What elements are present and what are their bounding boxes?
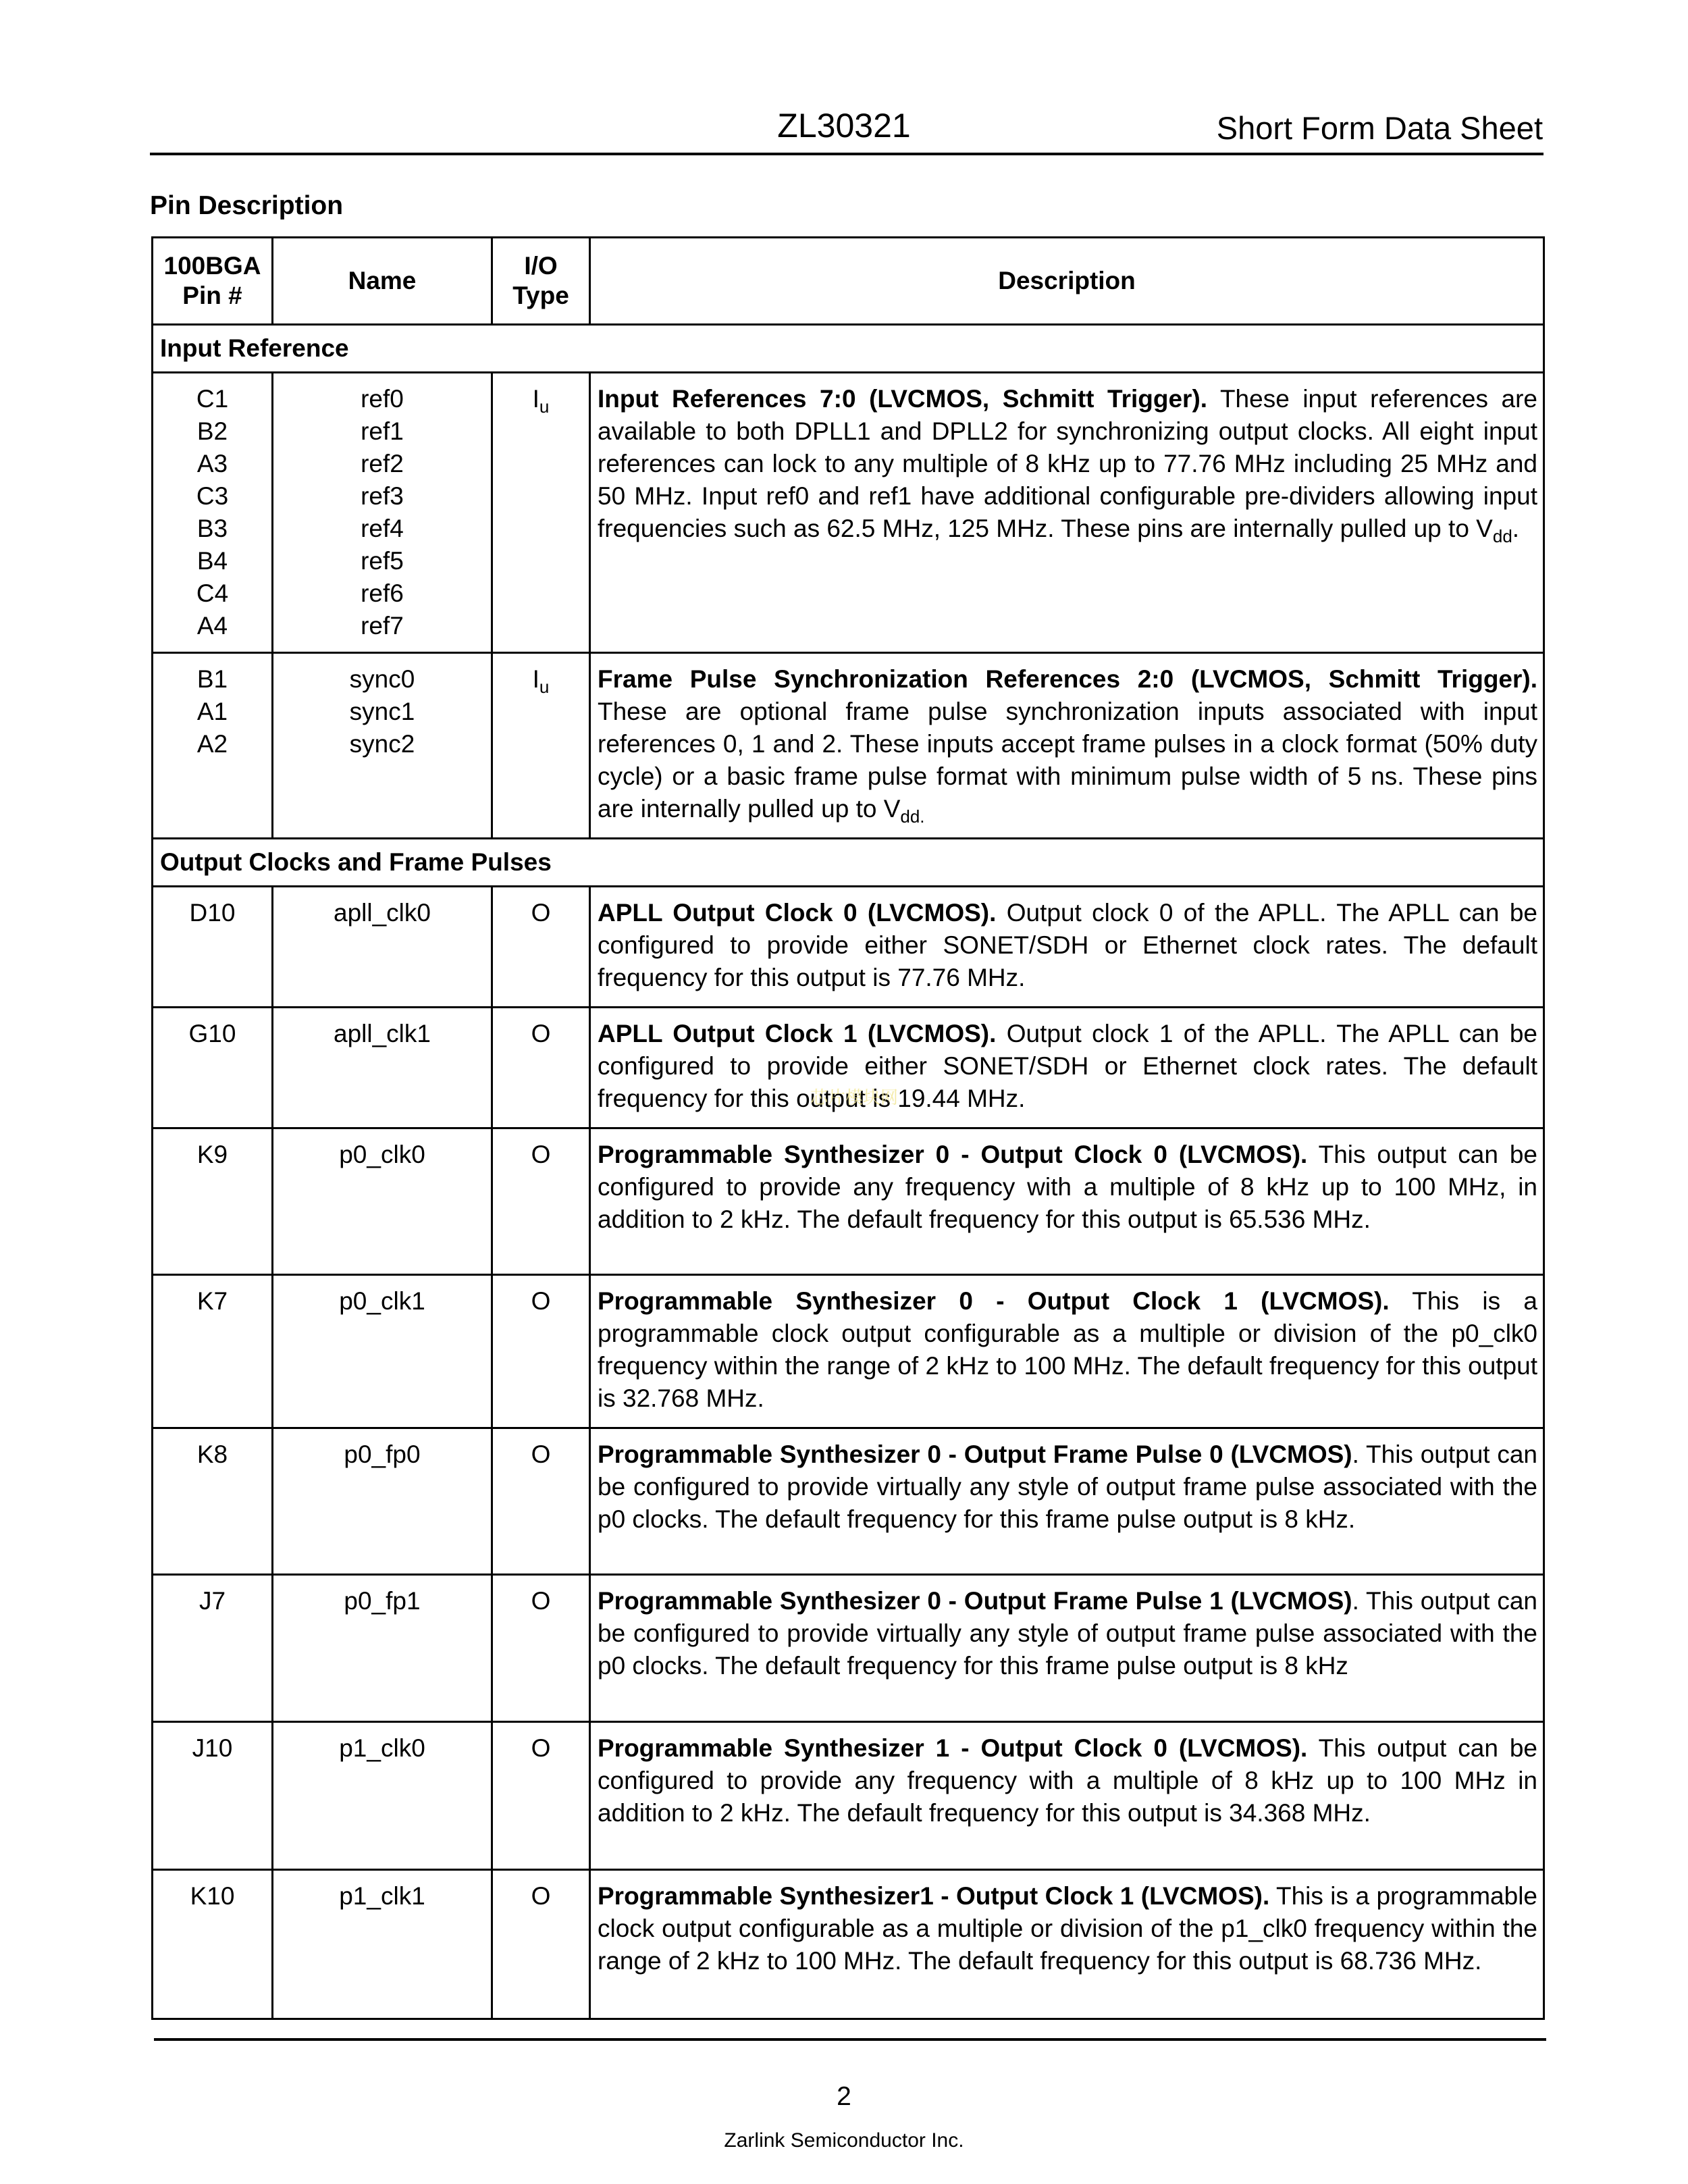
column-header-name: Name [273, 238, 492, 325]
pin-number: G10 [153, 1018, 271, 1050]
description-heading: Programmable Synthesizer 0 - Output Cloc… [598, 1287, 1390, 1315]
pin-number: D10 [153, 897, 271, 929]
io-type-subscript: u [539, 396, 549, 417]
pin-name: ref0 [273, 383, 491, 415]
pin-cell: C1B2A3C3B3B4C4A4 [153, 373, 273, 653]
description-cell: Programmable Synthesizer 0 - Output Cloc… [590, 1275, 1544, 1428]
pin-name: ref1 [273, 415, 491, 448]
pin-cell: B1A1A2 [153, 653, 273, 839]
table-row: B1A1A2sync0sync1sync2IuFrame Pulse Synch… [153, 653, 1544, 839]
io-type-cell: O [492, 1128, 590, 1275]
description-text: These are optional frame pulse synchroni… [598, 698, 1537, 823]
io-type-cell: O [492, 1008, 590, 1128]
pin-number: C4 [153, 577, 271, 610]
document-id: ZL30321 [709, 107, 979, 145]
pin-name: apll_clk0 [273, 897, 491, 929]
io-type: O [531, 1020, 551, 1047]
io-type-subscript: u [539, 677, 549, 697]
pin-name: ref7 [273, 610, 491, 642]
watermark: 芯片模块网 [810, 1084, 898, 1109]
description-subscript: dd [1493, 526, 1512, 546]
description-heading: Programmable Synthesizer 0 - Output Cloc… [598, 1141, 1307, 1168]
table-row: K9p0_clk0OProgrammable Synthesizer 0 - O… [153, 1128, 1544, 1275]
table-header-row: 100BGA Pin # Name I/O Type Description [153, 238, 1544, 325]
io-type-cell: O [492, 1575, 590, 1722]
column-header-pin: 100BGA Pin # [153, 238, 273, 325]
io-type: O [531, 1882, 551, 1910]
io-type: I [533, 665, 539, 693]
column-header-io-type: I/O Type [492, 238, 590, 325]
group-title: Input Reference [153, 325, 1544, 373]
group-title: Output Clocks and Frame Pulses [153, 839, 1544, 887]
io-type-cell: O [492, 1722, 590, 1870]
description-heading: Programmable Synthesizer 0 - Output Fram… [598, 1587, 1352, 1615]
pin-name: sync0 [273, 663, 491, 696]
pin-cell: K10 [153, 1870, 273, 2019]
pin-number: B2 [153, 415, 271, 448]
description-heading: APLL Output Clock 1 (LVCMOS). [598, 1020, 996, 1047]
pin-cell: J7 [153, 1575, 273, 1722]
io-type: O [531, 1587, 551, 1615]
pin-name: p1_clk1 [273, 1880, 491, 1913]
description-subscript: dd. [900, 806, 924, 827]
description-cell: Programmable Synthesizer 0 - Output Cloc… [590, 1128, 1544, 1275]
pin-cell: K8 [153, 1428, 273, 1575]
description-cell: Programmable Synthesizer1 - Output Clock… [590, 1870, 1544, 2019]
pin-number: J7 [153, 1585, 271, 1617]
table-row: C1B2A3C3B3B4C4A4ref0ref1ref2ref3ref4ref5… [153, 373, 1544, 653]
name-cell: p0_clk0 [273, 1128, 492, 1275]
name-cell: p0_fp0 [273, 1428, 492, 1575]
table-body: Input ReferenceC1B2A3C3B3B4C4A4ref0ref1r… [153, 325, 1544, 2019]
pin-name: ref5 [273, 545, 491, 577]
name-cell: apll_clk0 [273, 887, 492, 1008]
description-cell: Programmable Synthesizer 0 - Output Fram… [590, 1575, 1544, 1722]
pin-number: K8 [153, 1438, 271, 1471]
pin-number: K9 [153, 1139, 271, 1171]
io-type: I [533, 385, 539, 413]
footer-divider [154, 2038, 1546, 2041]
document-type: Short Form Data Sheet [1217, 109, 1543, 147]
name-cell: p0_clk1 [273, 1275, 492, 1428]
column-header-description: Description [590, 238, 1544, 325]
pin-name: p1_clk0 [273, 1732, 491, 1765]
description-cell: APLL Output Clock 0 (LVCMOS). Output clo… [590, 887, 1544, 1008]
description-cell: Input References 7:0 (LVCMOS, Schmitt Tr… [590, 373, 1544, 653]
table-row: D10apll_clk0OAPLL Output Clock 0 (LVCMOS… [153, 887, 1544, 1008]
pin-name: p0_clk0 [273, 1139, 491, 1171]
io-type-cell: Iu [492, 653, 590, 839]
pin-number: A2 [153, 728, 271, 760]
page-number: 2 [0, 2082, 1688, 2112]
name-cell: sync0sync1sync2 [273, 653, 492, 839]
table-row: K8p0_fp0OProgrammable Synthesizer 0 - Ou… [153, 1428, 1544, 1575]
description-heading: APLL Output Clock 0 (LVCMOS). [598, 899, 996, 927]
io-type: O [531, 899, 551, 927]
group-row: Output Clocks and Frame Pulses [153, 839, 1544, 887]
io-type-cell: O [492, 1275, 590, 1428]
name-cell: ref0ref1ref2ref3ref4ref5ref6ref7 [273, 373, 492, 653]
pin-name: p0_clk1 [273, 1285, 491, 1318]
io-type-cell: O [492, 1870, 590, 2019]
pin-cell: G10 [153, 1008, 273, 1128]
pin-number: C3 [153, 480, 271, 513]
pin-number: J10 [153, 1732, 271, 1765]
pin-number: A4 [153, 610, 271, 642]
pin-name: p0_fp0 [273, 1438, 491, 1471]
pin-cell: D10 [153, 887, 273, 1008]
table-row: G10apll_clk1OAPLL Output Clock 1 (LVCMOS… [153, 1008, 1544, 1128]
pin-cell: J10 [153, 1722, 273, 1870]
pin-number: C1 [153, 383, 271, 415]
table-row: K10p1_clk1OProgrammable Synthesizer1 - O… [153, 1870, 1544, 2019]
io-type: O [531, 1440, 551, 1468]
pin-cell: K7 [153, 1275, 273, 1428]
section-title: Pin Description [150, 190, 343, 222]
pin-description-table: 100BGA Pin # Name I/O Type Description I… [151, 236, 1545, 2020]
pin-number: B1 [153, 663, 271, 696]
description-heading: Input References 7:0 (LVCMOS, Schmitt Tr… [598, 385, 1207, 413]
io-type-cell: Iu [492, 373, 590, 653]
pin-number: A1 [153, 696, 271, 728]
name-cell: apll_clk1 [273, 1008, 492, 1128]
io-type-cell: O [492, 887, 590, 1008]
pin-name: apll_clk1 [273, 1018, 491, 1050]
name-cell: p0_fp1 [273, 1575, 492, 1722]
company-name: Zarlink Semiconductor Inc. [0, 2129, 1688, 2152]
name-cell: p1_clk0 [273, 1722, 492, 1870]
pin-name: ref6 [273, 577, 491, 610]
io-type-cell: O [492, 1428, 590, 1575]
description-heading: Programmable Synthesizer 0 - Output Fram… [598, 1440, 1352, 1468]
table-row: K7p0_clk1OProgrammable Synthesizer 0 - O… [153, 1275, 1544, 1428]
pin-number: B3 [153, 513, 271, 545]
table-row: J7p0_fp1OProgrammable Synthesizer 0 - Ou… [153, 1575, 1544, 1722]
pin-name: sync1 [273, 696, 491, 728]
pin-name: p0_fp1 [273, 1585, 491, 1617]
pin-name: ref4 [273, 513, 491, 545]
description-heading: Frame Pulse Synchronization References 2… [598, 665, 1537, 693]
description-cell: Frame Pulse Synchronization References 2… [590, 653, 1544, 839]
description-cell: Programmable Synthesizer 0 - Output Fram… [590, 1428, 1544, 1575]
table-row: J10p1_clk0OProgrammable Synthesizer 1 - … [153, 1722, 1544, 1870]
description-end: . [1512, 515, 1519, 542]
pin-number: A3 [153, 448, 271, 480]
description-cell: APLL Output Clock 1 (LVCMOS). Output clo… [590, 1008, 1544, 1128]
pin-number: K7 [153, 1285, 271, 1318]
description-heading: Programmable Synthesizer 1 - Output Cloc… [598, 1734, 1307, 1762]
description-heading: Programmable Synthesizer1 - Output Clock… [598, 1882, 1269, 1910]
pin-number: K10 [153, 1880, 271, 1913]
name-cell: p1_clk1 [273, 1870, 492, 2019]
io-type: O [531, 1141, 551, 1168]
pin-name: sync2 [273, 728, 491, 760]
header-divider [150, 153, 1544, 155]
pin-cell: K9 [153, 1128, 273, 1275]
group-row: Input Reference [153, 325, 1544, 373]
io-type: O [531, 1734, 551, 1762]
pin-name: ref3 [273, 480, 491, 513]
pin-number: B4 [153, 545, 271, 577]
description-cell: Programmable Synthesizer 1 - Output Cloc… [590, 1722, 1544, 1870]
io-type: O [531, 1287, 551, 1315]
pin-name: ref2 [273, 448, 491, 480]
